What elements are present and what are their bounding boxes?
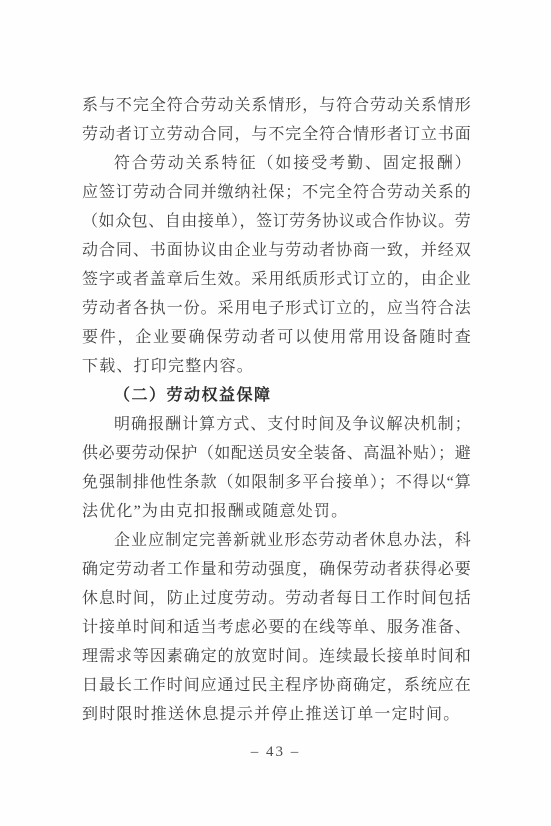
text-line: 下载、打印完整内容。 xyxy=(82,352,471,381)
text-line: 到时限时推送休息提示并停止推送订单一定时间。 xyxy=(82,700,471,729)
text-line: 企业应制定完善新就业形态劳动者休息办法，科学 xyxy=(82,526,471,555)
document-page: 系与不完全符合劳动关系情形，与符合劳动关系情形的 劳动者订立劳动合同，与不完全符… xyxy=(0,0,551,826)
page-number: – 43 – xyxy=(0,744,551,761)
text-line: 日最长工作时间应通过民主程序协商确定，系统应在达 xyxy=(82,671,471,700)
text-line: 明确报酬计算方式、支付时间及争议解决机制；提 xyxy=(82,410,471,439)
text-line: 系与不完全符合劳动关系情形，与符合劳动关系情形的 xyxy=(82,91,471,120)
text-line: （如众包、自由接单），签订劳务协议或合作协议。劳 xyxy=(82,207,471,236)
text-line: 劳动者订立劳动合同，与不完全符合情形者订立书面协议。 xyxy=(82,120,471,149)
text-line: 动合同、书面协议由企业与劳动者协商一致，并经双方 xyxy=(82,236,471,265)
text-line: 法优化”为由克扣报酬或随意处罚。 xyxy=(82,497,471,526)
text-line: 确定劳动者工作量和劳动强度，确保劳动者获得必要的 xyxy=(82,555,471,584)
text-line: 劳动者各执一份。采用电子形式订立的，应当符合法定 xyxy=(82,294,471,323)
text-line: 供必要劳动保护（如配送员安全装备、高温补贴）；避 xyxy=(82,439,471,468)
text-line: 免强制排他性条款（如限制多平台接单）；不得以“算 xyxy=(82,468,471,497)
text-line: 休息时间，防止过度劳动。劳动者每日工作时间包括累 xyxy=(82,584,471,613)
section-heading: （二）劳动权益保障 xyxy=(82,381,471,410)
text-column: 系与不完全符合劳动关系情形，与符合劳动关系情形的 劳动者订立劳动合同，与不完全符… xyxy=(82,91,471,729)
text-line: 要件，企业要确保劳动者可以使用常用设备随时查看、 xyxy=(82,323,471,352)
text-line: 理需求等因素确定的放宽时间。连续最长接单时间和每 xyxy=(82,642,471,671)
text-line: 应签订劳动合同并缴纳社保；不完全符合劳动关系的 xyxy=(82,178,471,207)
text-line: 计接单时间和适当考虑必要的在线等单、服务准备、生 xyxy=(82,613,471,642)
text-line: 符合劳动关系特征（如接受考勤、固定报酬）的， xyxy=(82,149,471,178)
text-line: 签字或者盖章后生效。采用纸质形式订立的，由企业和 xyxy=(82,265,471,294)
